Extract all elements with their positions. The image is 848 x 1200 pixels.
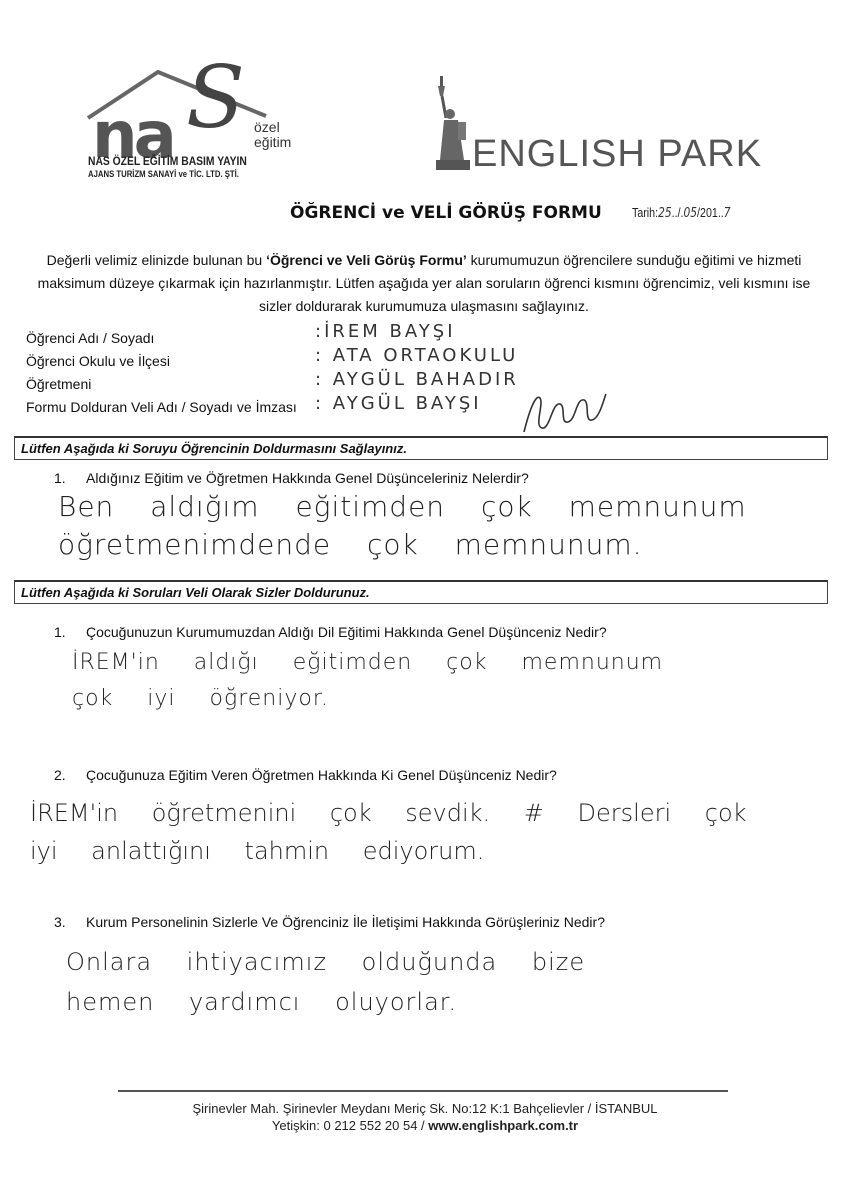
nas-logo: na S özel eğitim NAS ÖZEL EĞİTİM BASIM Y…: [78, 38, 318, 178]
student-school-field[interactable]: : ATA ORTAOKULU: [315, 344, 519, 368]
parent-section-heading-box: Lütfen Aşağıda ki Soruları Veli Olarak S…: [14, 580, 828, 604]
nas-company-name: NAS ÖZEL EĞİTİM BASIM YAYIN: [88, 154, 247, 168]
nas-logo-ozel: özel: [254, 120, 280, 134]
student-answer[interactable]: Ben aldığım eğitimden çok memnunum öğret…: [58, 488, 747, 564]
date-field[interactable]: Tarih:25../.05/201..7: [632, 205, 731, 221]
date-day: 25: [658, 206, 672, 221]
answer-line: İREM'in öğretmenini çok sevdik. # Dersle…: [30, 794, 747, 832]
statue-of-liberty-icon: [434, 74, 474, 174]
question-number: 1.: [54, 470, 86, 486]
date-month: 05: [683, 206, 697, 221]
date-label: Tarih:: [632, 205, 658, 220]
signature-icon: [520, 388, 610, 434]
form-title: ÖĞRENCİ ve VELİ GÖRÜŞ FORMU: [290, 203, 602, 223]
question-number: 1.: [54, 624, 86, 640]
answer-line: İREM'in aldığı eğitimden çok memnunum: [72, 645, 663, 681]
label-parent: Formu Dolduran Veli Adı / Soyadı ve İmza…: [26, 396, 297, 419]
intro-form-name: ‘Öğrenci ve Veli Görüş Formu’: [266, 252, 467, 268]
parent-answer-3[interactable]: Onlara ihtiyacımız olduğunda bize hemen …: [66, 942, 585, 1022]
question-text: Çocuğunuzun Kurumumuzdan Aldığı Dil Eğit…: [86, 624, 607, 640]
student-question: 1.Aldığınız Eğitim ve Öğretmen Hakkında …: [54, 470, 529, 486]
nas-logo-s: S: [186, 48, 245, 148]
parent-answer-1[interactable]: İREM'in aldığı eğitimden çok memnunum ço…: [72, 645, 663, 717]
question-number: 3.: [54, 914, 86, 930]
info-values: :İREM BAYŞI : ATA ORTAOKULU : AYGÜL BAHA…: [315, 320, 519, 416]
answer-line: iyi anlattığını tahmin ediyorum.: [30, 832, 747, 870]
nas-logo-egitim: eğitim: [254, 135, 291, 149]
question-number: 2.: [54, 767, 86, 783]
english-park-wordmark: ENGLISH PARK: [472, 134, 762, 174]
footer-website-link[interactable]: www.englishpark.com.tr: [428, 1118, 578, 1133]
answer-line: öğretmenimdende çok memnunum.: [58, 526, 747, 564]
info-labels: Öğrenci Adı / Soyadı Öğrenci Okulu ve İl…: [26, 327, 297, 419]
question-text: Kurum Personelinin Sizlerle Ve Öğrencini…: [86, 914, 605, 930]
footer-divider: [118, 1090, 728, 1092]
parent-field[interactable]: : AYGÜL BAYŞI: [315, 392, 519, 416]
footer-address: Şirinevler Mah. Şirinevler Meydanı Meriç…: [100, 1101, 750, 1116]
intro-paragraph: Değerli velimiz elinizde bulunan bu ‘Öğr…: [22, 249, 826, 318]
question-text: Çocuğunuza Eğitim Veren Öğretmen Hakkınd…: [86, 767, 557, 783]
parent-answer-2[interactable]: İREM'in öğretmenini çok sevdik. # Dersle…: [30, 794, 747, 870]
label-student-name: Öğrenci Adı / Soyadı: [26, 327, 297, 350]
teacher-field[interactable]: : AYGÜL BAHADIR: [315, 368, 519, 392]
student-name-field[interactable]: :İREM BAYŞI: [315, 320, 519, 344]
footer-contact: Yetişkin: 0 212 552 20 54 / www.englishp…: [100, 1118, 750, 1133]
answer-line: çok iyi öğreniyor.: [72, 681, 663, 717]
parent-question-3: 3.Kurum Personelinin Sizlerle Ve Öğrenci…: [54, 914, 605, 930]
parent-question-1: 1.Çocuğunuzun Kurumumuzdan Aldığı Dil Eğ…: [54, 624, 607, 640]
label-student-school: Öğrenci Okulu ve İlçesi: [26, 350, 297, 373]
parent-question-2: 2.Çocuğunuza Eğitim Veren Öğretmen Hakkı…: [54, 767, 557, 783]
parent-section-heading: Lütfen Aşağıda ki Soruları Veli Olarak S…: [21, 585, 370, 600]
intro-text-pre: Değerli velimiz elinizde bulunan bu: [47, 252, 266, 268]
footer-phone: Yetişkin: 0 212 552 20 54 /: [272, 1118, 428, 1133]
answer-line: Ben aldığım eğitimden çok memnunum: [58, 488, 747, 526]
student-section-heading: Lütfen Aşağıda ki Soruyu Öğrencinin Dold…: [21, 441, 407, 456]
question-text: Aldığınız Eğitim ve Öğretmen Hakkında Ge…: [86, 470, 529, 486]
date-year-suffix: 7: [724, 206, 731, 221]
answer-line: Onlara ihtiyacımız olduğunda bize: [66, 942, 585, 982]
date-sep: ../.: [672, 205, 684, 220]
answer-line: hemen yardımcı oluyorlar.: [66, 982, 585, 1022]
student-section-heading-box: Lütfen Aşağıda ki Soruyu Öğrencinin Dold…: [14, 436, 828, 460]
label-teacher: Öğretmeni: [26, 373, 297, 396]
nas-company-subtitle: AJANS TURİZM SANAYİ ve TİC. LTD. ŞTİ.: [88, 169, 239, 179]
english-park-logo: ENGLISH PARK: [430, 70, 770, 180]
date-year-prefix: /201: [697, 205, 718, 220]
